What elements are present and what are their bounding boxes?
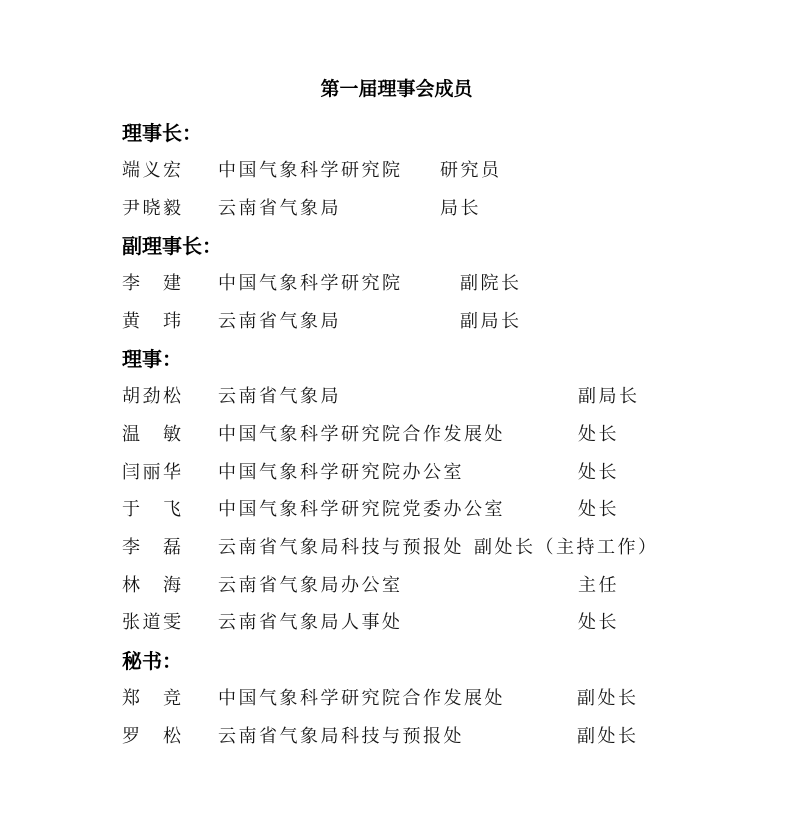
member-name: 于 飞 <box>122 495 218 521</box>
member-title: 处长 <box>578 420 619 446</box>
member-title: 副处长 <box>577 722 639 748</box>
member-org: 中国气象科学研究院党委办公室 <box>218 495 505 521</box>
member-org: 中国气象科学研究院 <box>218 156 403 182</box>
member-name: 端义宏 <box>122 156 218 182</box>
member-title: 副局长 <box>578 382 640 408</box>
member-name: 李 磊 <box>122 533 218 559</box>
member-row: 李 建中国气象科学研究院副院长 <box>122 263 682 301</box>
member-name: 尹晓毅 <box>122 194 218 220</box>
member-org: 云南省气象局科技与预报处 <box>218 533 464 559</box>
section-heading: 副理事长： <box>122 230 222 259</box>
document-page: 第一届理事会成员 理事长：端义宏中国气象科学研究院研究员尹晓毅云南省气象局局长副… <box>0 0 793 823</box>
section-heading-line: 副理事长： <box>122 226 682 264</box>
member-org: 云南省气象局 <box>218 194 341 220</box>
member-title: 处长 <box>578 458 619 484</box>
member-name: 张道雯 <box>122 608 218 634</box>
member-row: 郑 竞中国气象科学研究院合作发展处副处长 <box>122 678 682 716</box>
member-org: 中国气象科学研究院合作发展处 <box>218 420 505 446</box>
member-title: 处长 <box>578 608 619 634</box>
section-heading-line: 秘书： <box>122 640 682 678</box>
member-name: 李 建 <box>122 269 218 295</box>
member-org: 云南省气象局科技与预报处 <box>218 722 464 748</box>
member-row: 尹晓毅云南省气象局局长 <box>122 188 682 226</box>
member-title: 主任 <box>578 571 619 597</box>
member-name: 温 敏 <box>122 420 218 446</box>
member-title: 副处长（主持工作） <box>474 533 659 559</box>
member-name: 郑 竞 <box>122 684 218 710</box>
member-title: 局长 <box>440 194 481 220</box>
member-row: 林 海云南省气象局办公室主任 <box>122 565 682 603</box>
section-heading-line: 理事长： <box>122 113 682 151</box>
member-row: 闫丽华中国气象科学研究院办公室处长 <box>122 452 682 490</box>
section-heading-line: 理事： <box>122 339 682 377</box>
member-row: 罗 松云南省气象局科技与预报处副处长 <box>122 716 682 754</box>
member-row: 端义宏中国气象科学研究院研究员 <box>122 150 682 188</box>
section-heading: 秘书： <box>122 645 182 674</box>
section-heading: 理事： <box>122 343 182 372</box>
member-row: 胡劲松云南省气象局副局长 <box>122 377 682 415</box>
member-title: 处长 <box>578 495 619 521</box>
page-title: 第一届理事会成员 <box>320 74 472 101</box>
member-title: 副院长 <box>460 269 522 295</box>
member-title: 副局长 <box>460 307 522 333</box>
member-row: 张道雯云南省气象局人事处处长 <box>122 603 682 641</box>
member-org: 中国气象科学研究院合作发展处 <box>218 684 505 710</box>
member-name: 黄 玮 <box>122 307 218 333</box>
title-line: 第一届理事会成员 <box>122 69 671 107</box>
member-row: 李 磊云南省气象局科技与预报处副处长（主持工作） <box>122 527 682 565</box>
member-title: 研究员 <box>440 156 502 182</box>
member-row: 黄 玮云南省气象局副局长 <box>122 301 682 339</box>
member-org: 中国气象科学研究院 <box>218 269 403 295</box>
member-org: 云南省气象局 <box>218 307 341 333</box>
document-content: 第一届理事会成员 理事长：端义宏中国气象科学研究院研究员尹晓毅云南省气象局局长副… <box>122 69 682 753</box>
member-org: 云南省气象局办公室 <box>218 571 403 597</box>
member-name: 林 海 <box>122 571 218 597</box>
member-name: 罗 松 <box>122 722 218 748</box>
member-org: 云南省气象局人事处 <box>218 608 403 634</box>
member-name: 胡劲松 <box>122 382 218 408</box>
member-row: 温 敏中国气象科学研究院合作发展处处长 <box>122 414 682 452</box>
member-row: 于 飞中国气象科学研究院党委办公室处长 <box>122 490 682 528</box>
section-heading: 理事长： <box>122 117 202 146</box>
member-name: 闫丽华 <box>122 458 218 484</box>
member-list: 理事长：端义宏中国气象科学研究院研究员尹晓毅云南省气象局局长副理事长：李 建中国… <box>122 113 682 754</box>
member-org: 中国气象科学研究院办公室 <box>218 458 464 484</box>
member-org: 云南省气象局 <box>218 382 341 408</box>
member-title: 副处长 <box>577 684 639 710</box>
